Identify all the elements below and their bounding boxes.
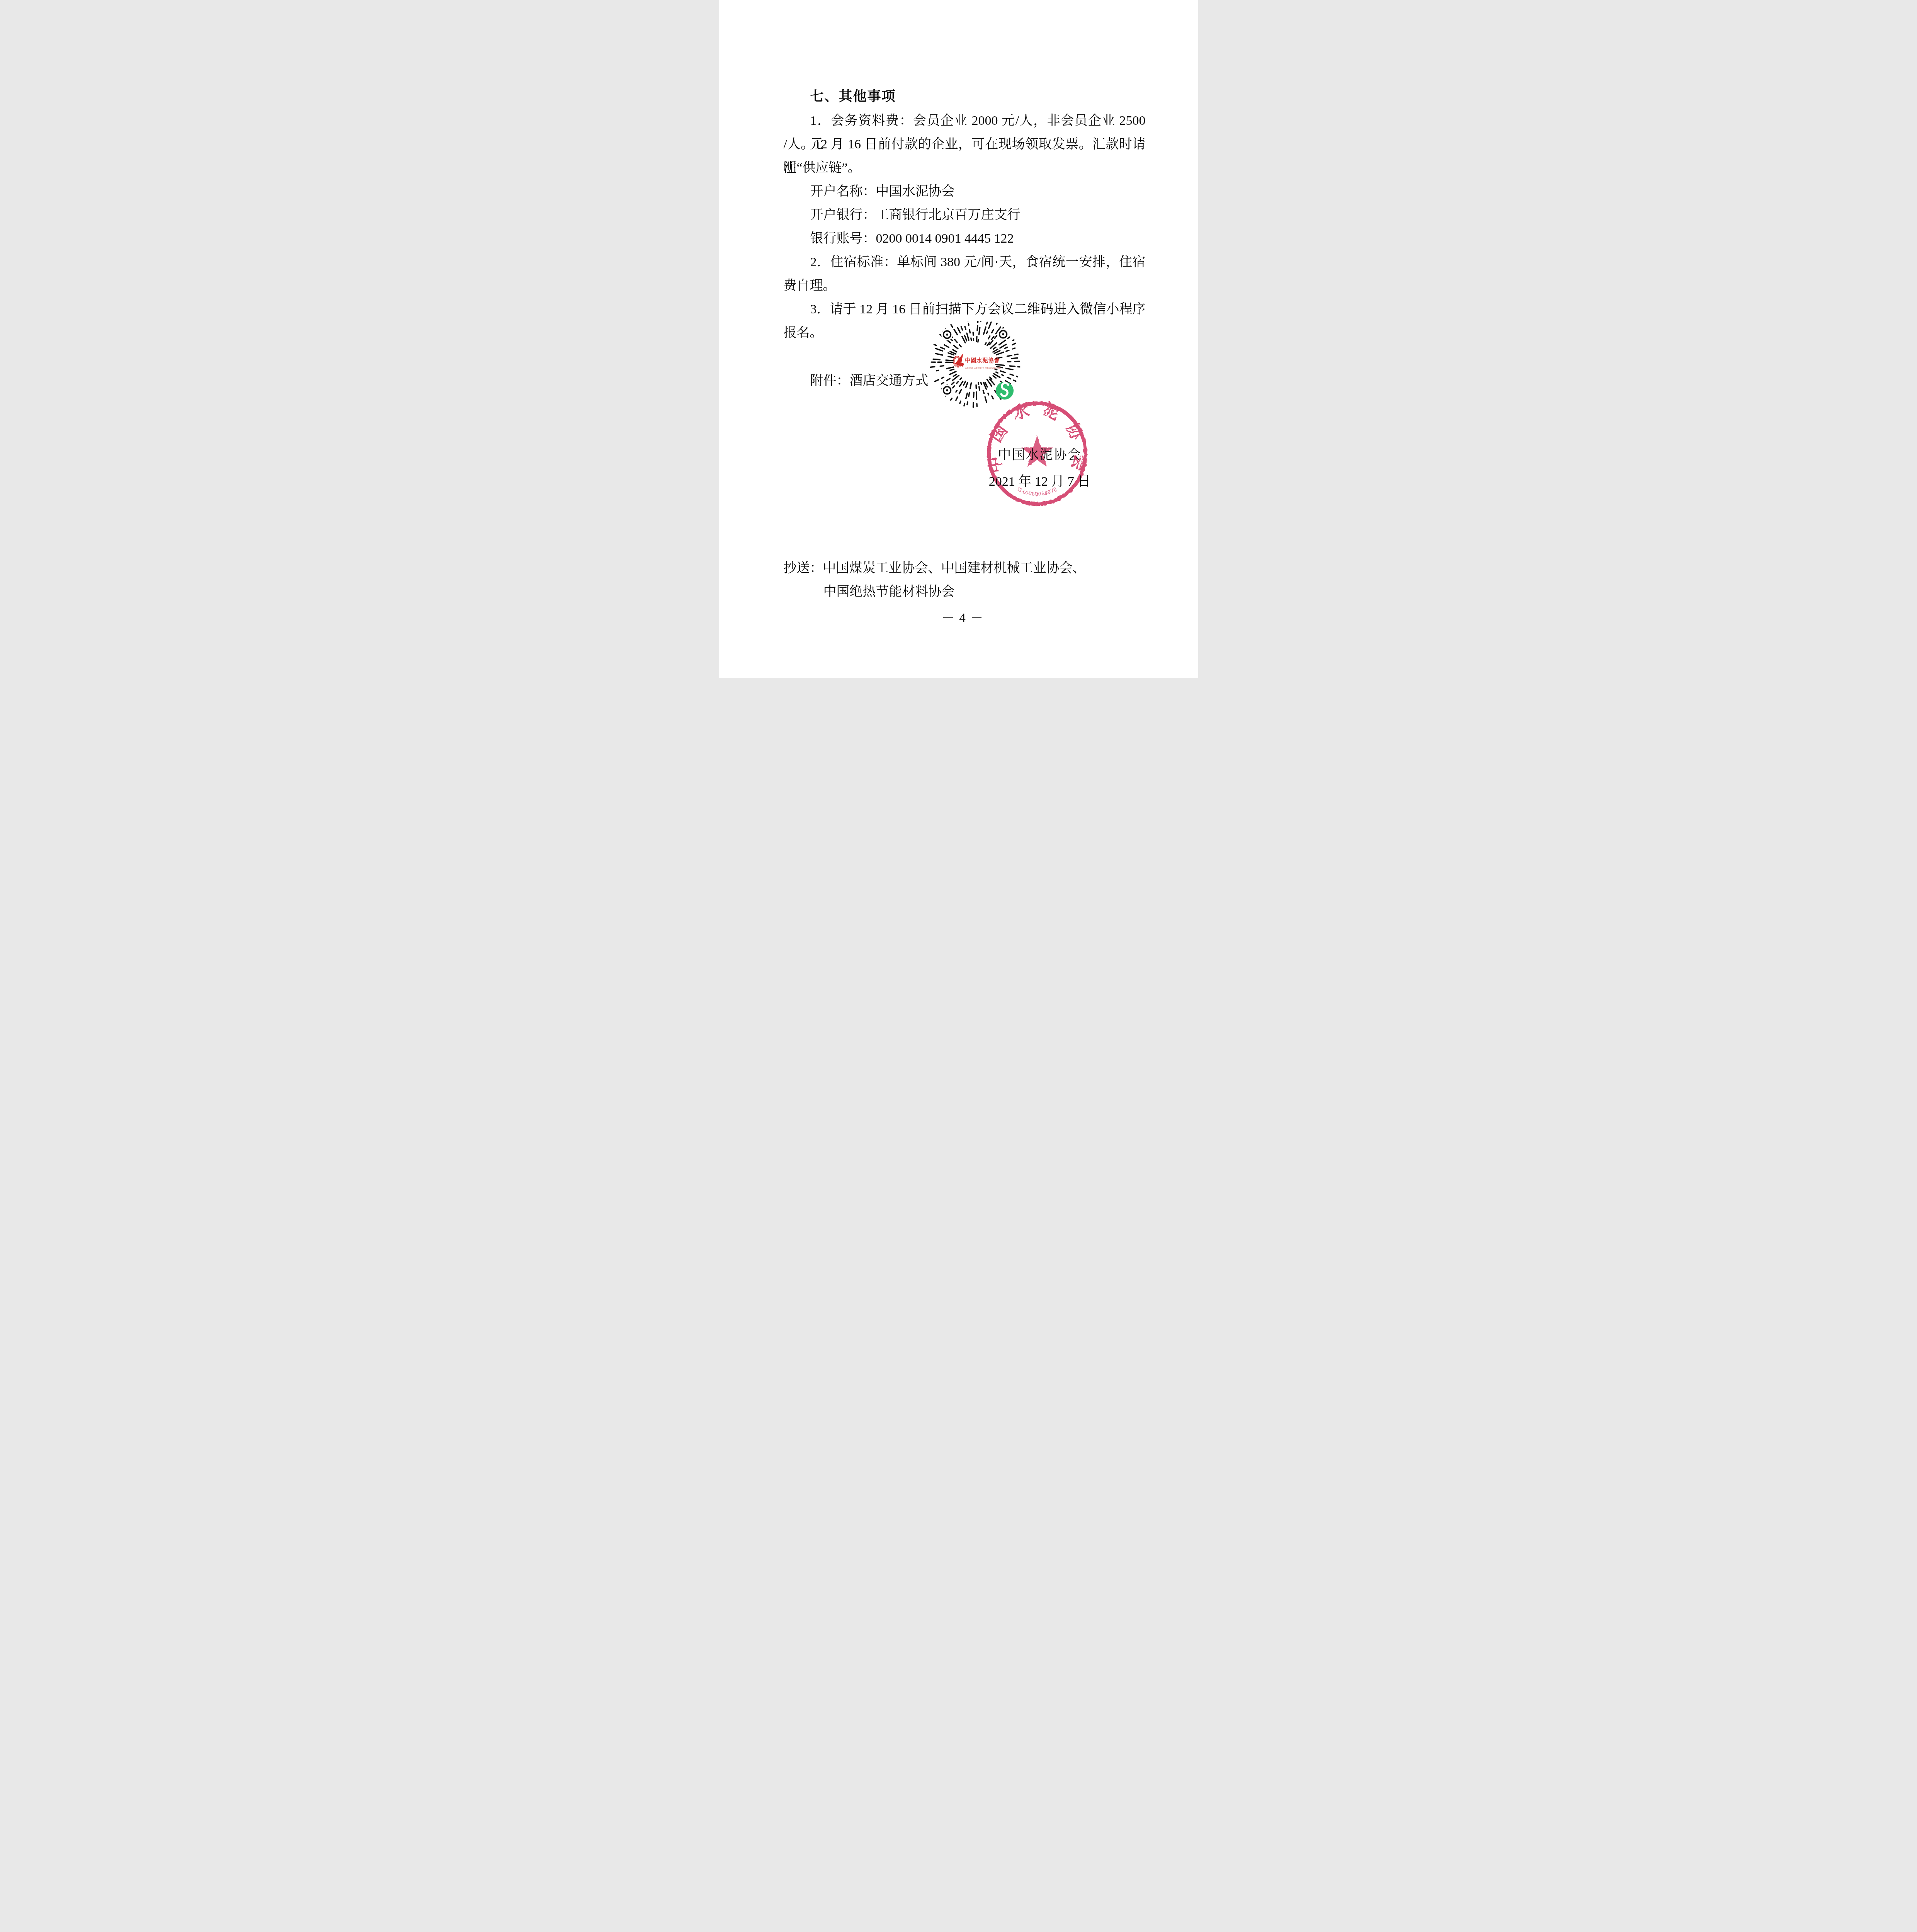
body-line-bank-branch: 开户银行：工商银行北京百万庄支行 [784, 203, 1146, 227]
body-line: 费自理。 [784, 274, 1146, 298]
cca-logo-text-en: China Cement Association [965, 366, 1001, 369]
section-heading: 七、其他事项 [810, 88, 1146, 105]
body-line-bank-account: 银行账号：0200 0014 0901 4445 122 [784, 227, 1146, 250]
attachment-line: 附件：酒店交通方式 [810, 369, 929, 393]
body-line: 3．请于 12 月 16 日前扫描下方会议二维码进入微信小程序 [784, 298, 1146, 321]
signature-organization: 中国水泥协会 [982, 446, 1098, 465]
cc-line-1: 抄送：中国煤炭工业协会、中国建材机械工业协会、 [784, 556, 1086, 580]
page-number: － 4 － [719, 607, 1198, 630]
scanned-document-page: 七、其他事项 1．会务资料费：会员企业 2000 元/人，非会员企业 2500 … [719, 0, 1198, 678]
body-content: 七、其他事项 1．会务资料费：会员企业 2000 元/人，非会员企业 2500 … [784, 88, 1146, 345]
body-line: /人。12 月 16 日前付款的企业，可在现场领取发票。汇款时请注 [784, 133, 1146, 156]
body-line: 明“供应链”。 [784, 156, 1146, 180]
signature-date: 2021 年 12 月 7 日 [982, 472, 1098, 492]
wechat-miniprogram-qr-code: 中國水泥協會 China Cement Association [927, 321, 1023, 410]
cca-logo-text-cn: 中國水泥協會 [965, 357, 1000, 364]
body-line: 2．住宿标准：单标间 380 元/间·天，食宿统一安排，住宿 [784, 250, 1146, 274]
cc-line-2: 中国绝热节能材料协会 [823, 580, 1086, 604]
body-line-bank-name: 开户名称：中国水泥协会 [784, 180, 1146, 203]
qr-code-graphic: 中國水泥協會 China Cement Association [927, 321, 1023, 410]
body-line: 1．会务资料费：会员企业 2000 元/人，非会员企业 2500 元 [784, 109, 1146, 133]
cc-block: 抄送：中国煤炭工业协会、中国建材机械工业协会、 中国绝热节能材料协会 [784, 556, 1086, 604]
